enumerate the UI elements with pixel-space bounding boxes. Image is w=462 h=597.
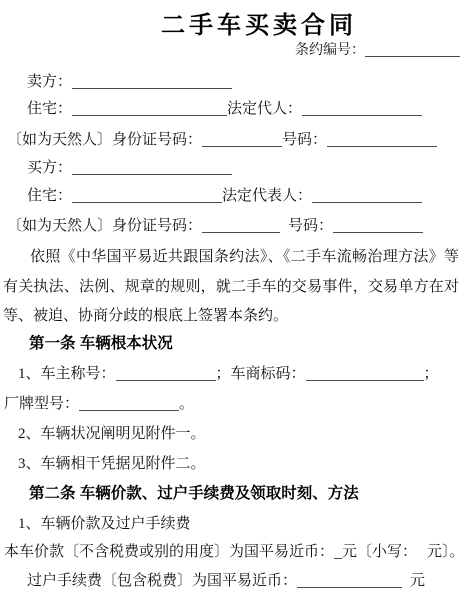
document-title: 二手车买卖合同 (0, 5, 462, 40)
seller-line: 卖方： (27, 72, 232, 92)
plate-number-blank (306, 379, 424, 381)
separator: ； (216, 366, 231, 382)
owner-name-blank (116, 379, 216, 381)
buyer-address-label: 住宅： (27, 188, 72, 204)
price-end: 元〕。 (427, 544, 462, 560)
contract-document: 二手车买卖合同 条约编号： 卖方： 住宅：法定代人： 〔如为天然人〕身份证号码：… (0, 0, 462, 597)
section1-item1-line2: 厂牌型号：。 (4, 394, 194, 414)
seller-address-blank (72, 114, 227, 116)
transfer-fee-line: 过户手续费〔包含税费〕为国平易近币：元 (27, 571, 425, 591)
seller-address-line: 住宅：法定代人： (27, 99, 422, 119)
transfer-fee-prefix: 过户手续费〔包含税费〕为国平易近币： (27, 573, 297, 589)
seller-label: 卖方： (27, 74, 72, 90)
buyer-id-line: 〔如为天然人〕身份证号码：号码： (7, 216, 423, 236)
seller-legal-rep-label: 法定代人： (227, 101, 302, 117)
plate-number-label: 车商标码： (231, 366, 306, 382)
model-blank (79, 409, 179, 411)
contract-number-line: 条约编号： (295, 41, 460, 61)
seller-id-prefix: 〔如为天然人〕身份证号码： (7, 132, 202, 148)
contract-number-label: 条约编号： (295, 43, 365, 58)
section2-item1: 1、车辆价款及过户手续费 (18, 514, 191, 534)
price-amount-blank (334, 557, 342, 559)
buyer-address-line: 住宅：法定代表人： (27, 186, 422, 206)
buyer-id-prefix: 〔如为天然人〕身份证号码： (7, 218, 202, 234)
buyer-number-label: 号码： (288, 218, 333, 234)
buyer-name-blank (72, 173, 232, 175)
model-label: 厂牌型号： (4, 396, 79, 412)
preamble-paragraph: 依照《中华国平易近共跟国条约法》、《二手车流畅治理方法》等有关执法、法例、规章的… (3, 243, 459, 332)
buyer-line: 买方： (27, 158, 232, 178)
buyer-address-blank (72, 201, 222, 203)
seller-number-blank (327, 145, 437, 147)
transfer-fee-blank (297, 586, 402, 588)
section1-item3: 3、车辆相干凭据见附件二。 (18, 454, 206, 474)
seller-number-label: 号码： (282, 132, 327, 148)
buyer-id-blank (202, 231, 280, 233)
seller-id-line: 〔如为天然人〕身份证号码：号码： (7, 130, 437, 150)
buyer-legal-rep-blank (312, 201, 422, 203)
price-line: 本车价款〔不含税费或别的用度〕为国平易近币：元〔小写：元〕。 (4, 542, 462, 562)
buyer-legal-rep-label: 法定代表人： (222, 188, 312, 204)
seller-legal-rep-blank (302, 114, 422, 116)
buyer-label: 买方： (27, 160, 72, 176)
transfer-fee-unit: 元 (410, 573, 425, 589)
seller-address-label: 住宅： (27, 101, 72, 117)
seller-name-blank (72, 87, 232, 89)
owner-name-label: 1、车主称号： (18, 366, 116, 382)
price-prefix: 本车价款〔不含税费或别的用度〕为国平易近币： (4, 544, 334, 560)
seller-id-blank (202, 145, 282, 147)
section2-heading: 第二条 车辆价款、过户手续费及领取时刻、方法 (29, 484, 359, 504)
section1-heading: 第一条 车辆根本状况 (29, 334, 173, 354)
period: 。 (179, 396, 194, 412)
contract-number-blank (365, 55, 460, 57)
separator: ； (424, 366, 439, 382)
buyer-number-blank (333, 231, 423, 233)
section1-item2: 2、车辆状况阐明见附件一。 (18, 424, 206, 444)
section1-item1-line1: 1、车主称号：；车商标码：； (18, 364, 439, 384)
price-mid: 元〔小写： (342, 544, 417, 560)
